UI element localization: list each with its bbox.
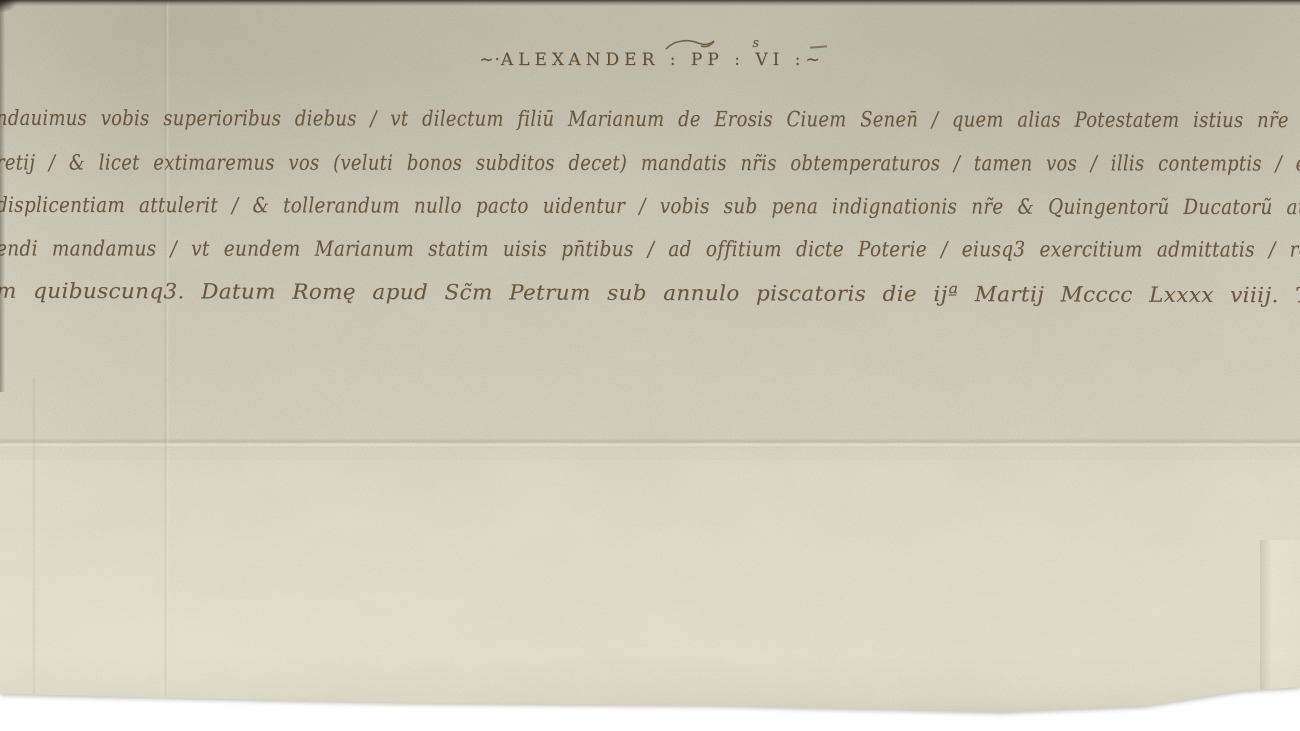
manuscript-line-4: endi mandamus / vt eundem Marianum stati… bbox=[0, 233, 1300, 266]
parchment-sheet-wrap: ∼·ALEXANDER : PP : VI :∼ s ndauimus vobi… bbox=[0, 0, 1300, 731]
manuscript-line-4-text: endi mandamus / vt eundem Marianum stati… bbox=[0, 233, 1300, 264]
header-left-flourish-icon: ∼· bbox=[479, 50, 501, 70]
header-overline-flourish-icon bbox=[664, 38, 718, 52]
manuscript-line-2-text: retij / & licet extimaremus vos (veluti … bbox=[0, 147, 1300, 178]
manuscript-line-2: retij / & licet extimaremus vos (veluti … bbox=[0, 147, 1300, 180]
parchment-sheet: ∼·ALEXANDER : PP : VI :∼ s ndauimus vobi… bbox=[0, 0, 1300, 731]
header-right-flourish-icon: ∼ bbox=[805, 50, 820, 70]
manuscript-line-1: ndauimus vobis superioribus diebus / vt … bbox=[0, 103, 1300, 137]
header-abbreviation-s: s bbox=[752, 36, 759, 51]
manuscript-line-5: m quibuscunq3. Datum Romę apud Sc̃m Petr… bbox=[0, 276, 1300, 313]
papal-header: ∼·ALEXANDER : PP : VI :∼ s bbox=[0, 50, 1300, 70]
manuscript-line-5-text: m quibuscunq3. Datum Romę apud Sc̃m Petr… bbox=[0, 276, 1300, 311]
text-layer: ∼·ALEXANDER : PP : VI :∼ s ndauimus vobi… bbox=[0, 0, 1300, 731]
papal-header-text-group: ∼·ALEXANDER : PP : VI :∼ s bbox=[479, 50, 820, 70]
top-edge-shadow bbox=[0, 0, 1300, 6]
header-title: ALEXANDER : PP : VI : bbox=[501, 50, 806, 70]
left-edge-shadow bbox=[0, 0, 5, 392]
header-dash-icon bbox=[810, 45, 827, 48]
manuscript-line-3-text: displicentiam attulerit / & tollerandum … bbox=[0, 190, 1300, 222]
manuscript-scan: ∼·ALEXANDER : PP : VI :∼ s ndauimus vobi… bbox=[0, 0, 1300, 731]
manuscript-line-1-text: ndauimus vobis superioribus diebus / vt … bbox=[0, 103, 1300, 135]
manuscript-line-3: displicentiam attulerit / & tollerandum … bbox=[0, 190, 1300, 224]
